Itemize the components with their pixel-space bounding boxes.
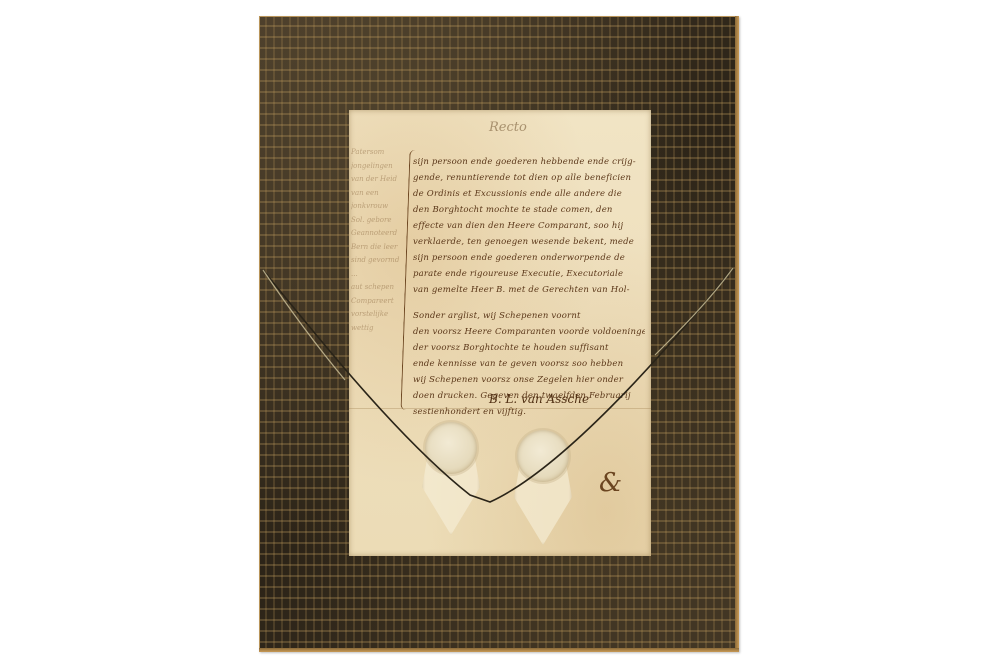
text-line: van gemelte Heer B. met de Gerechten van… xyxy=(413,282,645,298)
frame-bottom-edge xyxy=(259,648,739,652)
text-line: sijn persoon ende goederen onderworpende… xyxy=(413,250,645,266)
signature: B. L. van Assche xyxy=(489,392,589,406)
fold-line xyxy=(349,408,651,409)
wax-seal-left xyxy=(425,422,477,474)
text-line: sijn persoon ende goederen hebbende ende… xyxy=(413,154,645,170)
closing-flourish: & xyxy=(599,468,622,498)
text-line: gende, renuntierende tot dien op alle be… xyxy=(413,170,645,186)
text-line: de Ordinis et Excussionis ende alle ande… xyxy=(413,186,645,202)
manuscript-document: Recto Patersom jongelingen van der Heid … xyxy=(349,110,651,556)
text-line: verklaerde, ten genoegen wesende bekent,… xyxy=(413,234,645,250)
text-line: den voorsz Heere Comparanten voorde vold… xyxy=(413,324,645,340)
handwritten-text: sijn persoon ende goederen hebbende ende… xyxy=(413,154,645,420)
faded-margin-notes: Patersom jongelingen van der Heid van ee… xyxy=(351,146,406,335)
document-top-mark: Recto xyxy=(489,120,527,135)
wax-seal-right xyxy=(517,430,569,482)
text-line: Sonder arglist, wij Schepenen voornt xyxy=(413,308,645,324)
text-line: sestienhondert en vijftig. xyxy=(413,404,645,420)
text-line: ende kennisse van te geven voorsz soo he… xyxy=(413,356,645,372)
frame-right-edge xyxy=(735,16,739,652)
text-line: parate ende rigoureuse Executie, Executo… xyxy=(413,266,645,282)
text-line: den Borghtocht mochte te stade comen, de… xyxy=(413,202,645,218)
text-line: der voorsz Borghtochte te houden suffisa… xyxy=(413,340,645,356)
text-line: effecte van dien den Heere Comparant, so… xyxy=(413,218,645,234)
text-line: wij Schepenen voorsz onse Zegelen hier o… xyxy=(413,372,645,388)
